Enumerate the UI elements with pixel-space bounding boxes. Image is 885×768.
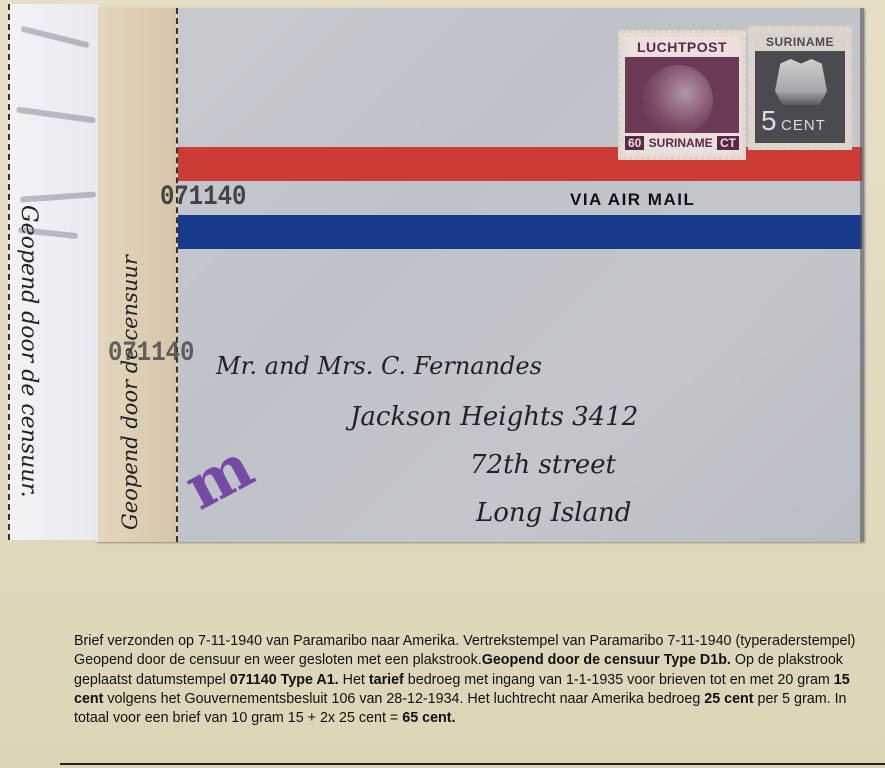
description-emphasis: Geopend door de censuur Type D1b. bbox=[482, 652, 731, 668]
description-segment: Het bbox=[339, 672, 369, 688]
address-line: Long Island bbox=[476, 498, 631, 528]
stamp-bottom-bar: 60 SURINAME CT bbox=[625, 133, 739, 153]
envelope-edge bbox=[860, 8, 864, 542]
stamp-value: 60 bbox=[625, 136, 644, 150]
pencil-mark bbox=[20, 191, 96, 202]
album-page: VIA AIR MAIL LUCHTPOST 60 SURINAME CT SU… bbox=[0, 0, 885, 768]
stamp-country: SURINAME bbox=[646, 136, 716, 150]
description-segment: bedroeg met ingang van 1-1-1935 voor bri… bbox=[404, 672, 834, 688]
address-line: 72th street bbox=[470, 450, 616, 480]
stamp-top-label: SURINAME bbox=[755, 33, 845, 51]
description-emphasis: tarief bbox=[369, 672, 404, 688]
datestamp: 071140 bbox=[160, 182, 246, 213]
description-text: Brief verzonden op 7-11-1940 van Paramar… bbox=[74, 632, 874, 728]
stamp-top-label: LUCHTPOST bbox=[625, 37, 739, 57]
stamp-unit: CENT bbox=[781, 117, 826, 134]
description-emphasis: 25 cent bbox=[704, 691, 753, 707]
address-line: Mr. and Mrs. C. Fernandes bbox=[216, 352, 542, 380]
via-airmail-label: VIA AIR MAIL bbox=[570, 190, 695, 210]
divider bbox=[60, 763, 885, 765]
censor-tape-text: Geopend door de censuur bbox=[118, 255, 142, 530]
censor-label-text: Geopend door de censuur. bbox=[16, 205, 41, 498]
airmail-red-stripe bbox=[174, 147, 862, 181]
address-line: Jackson Heights 3412 bbox=[350, 402, 638, 432]
description-segment: volgens het Gouvernementsbesluit 106 van… bbox=[103, 691, 704, 707]
stamp-value: 5 bbox=[761, 105, 777, 137]
pencil-mark bbox=[20, 26, 89, 49]
airmail-stamp: LUCHTPOST 60 SURINAME CT bbox=[618, 30, 746, 160]
description-emphasis: 65 cent. bbox=[402, 710, 455, 726]
datestamp: 071140 bbox=[108, 338, 194, 369]
airmail-blue-stripe bbox=[174, 215, 862, 249]
pencil-mark bbox=[16, 106, 96, 123]
ship-icon bbox=[775, 59, 827, 105]
mercury-figure-icon bbox=[643, 65, 713, 135]
description-emphasis: 071140 Type A1. bbox=[230, 672, 339, 688]
stamp-unit: CT bbox=[717, 136, 739, 150]
ship-stamp: SURINAME 5 CENT bbox=[748, 26, 852, 150]
